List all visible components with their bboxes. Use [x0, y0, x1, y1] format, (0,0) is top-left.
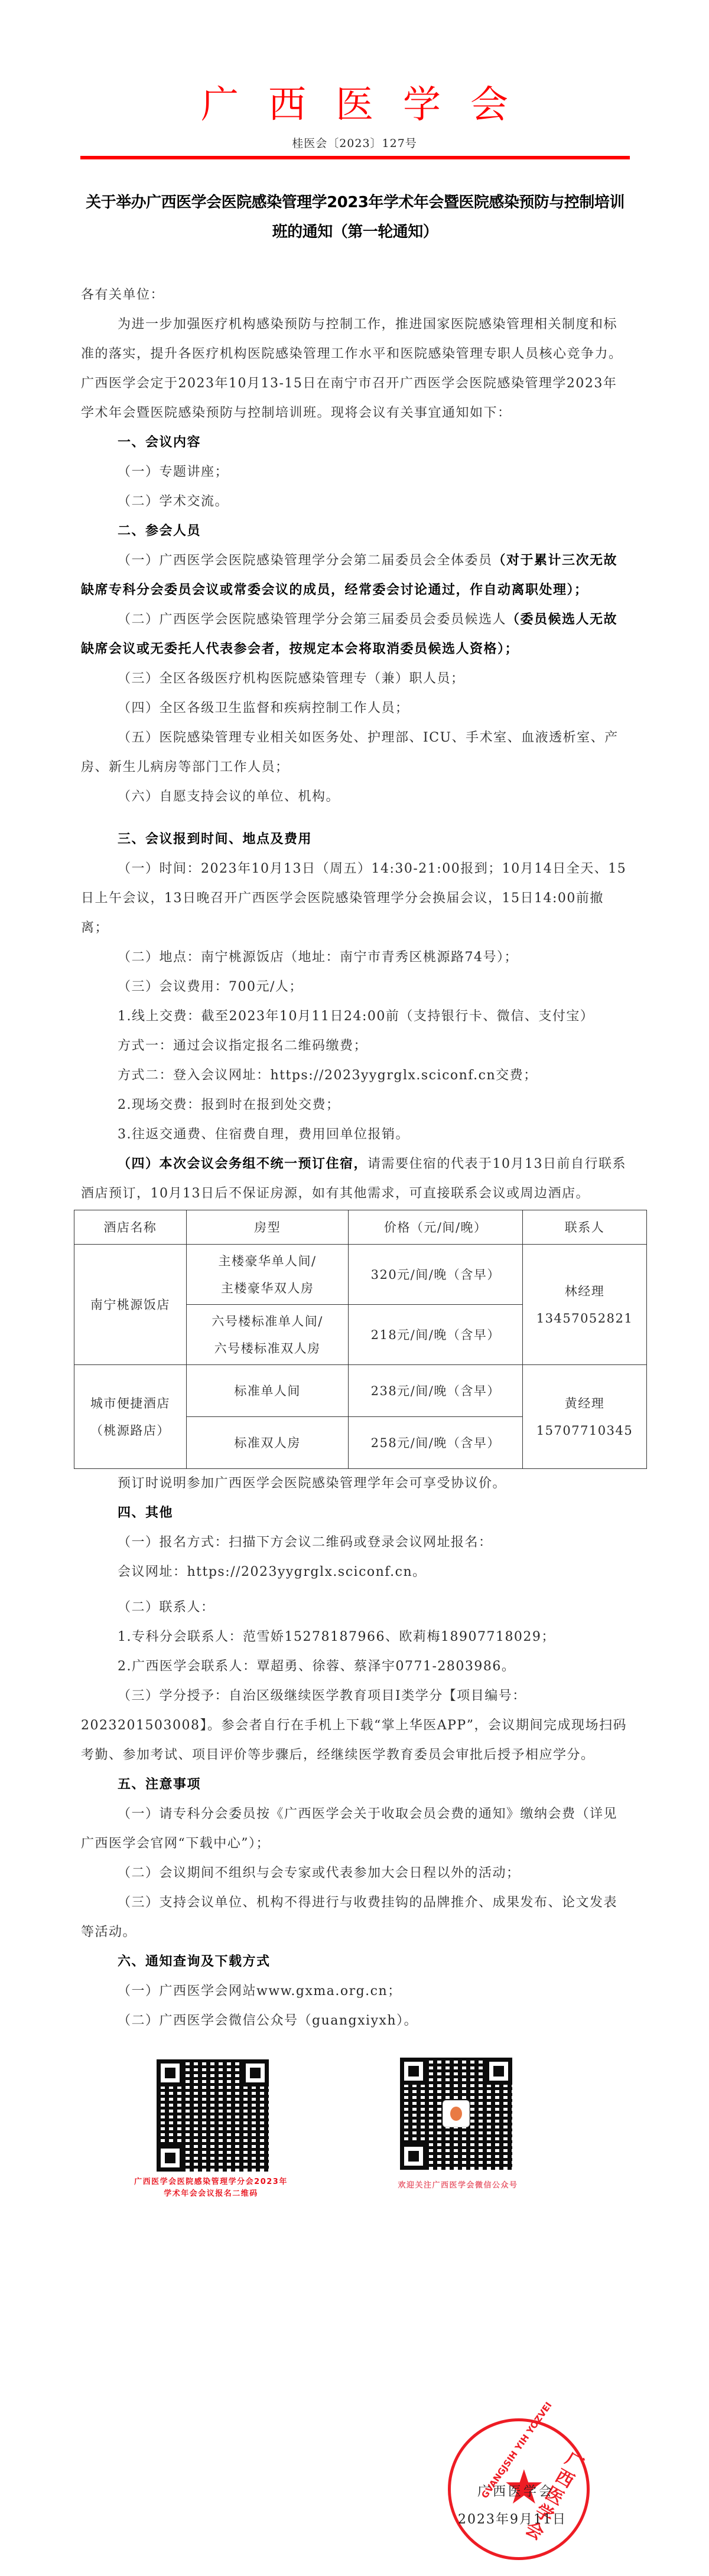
registration-qr-code[interactable] [157, 2059, 269, 2172]
th-hotel: 酒店名称 [74, 1210, 187, 1245]
s2-item-3: （三）全区各级医疗机构医院感染管理专（兼）职人员； [81, 664, 630, 694]
s3-time: （一）时间：2023年10月13日（周五）14:30-21:00报到；10月14… [81, 854, 630, 943]
s4-contacts-head: （二）联系人： [81, 1593, 630, 1622]
intro-paragraph: 为进一步加强医疗机构感染预防与控制工作，推进国家医院感染管理相关制度和标准的落实… [81, 310, 630, 428]
hotel-name-line: （桃源路店） [78, 1417, 183, 1444]
s2-item-6: （六）自愿支持会议的单位、机构。 [81, 782, 630, 812]
s4-contact-1: 1.专科分会联系人：范雪娇15278187966、欧莉梅18907718029； [81, 1622, 630, 1652]
s3-pay-way-1: 方式一：通过会议指定报名二维码缴费； [81, 1031, 630, 1061]
contact-phone: 15707710345 [526, 1417, 643, 1444]
salutation: 各有关单位： [81, 280, 630, 310]
s4-register-url[interactable]: 会议网址：https://2023yygrglx.sciconf.cn。 [81, 1558, 630, 1587]
s4-contact-2: 2.广西医学会联系人：覃超勇、徐蓉、蔡泽宇0771-2803986。 [81, 1652, 630, 1682]
spacer [81, 812, 630, 825]
s6-website[interactable]: （一）广西医学会网站www.gxma.org.cn； [81, 1977, 630, 2006]
th-room: 房型 [186, 1210, 349, 1245]
s3-place: （二）地点：南宁桃源饭店（地址：南宁市青秀区桃源路74号）； [81, 943, 630, 972]
qr-code-area: 广西医学会医院感染管理学分会2023年 学术年会会议报名二维码 欢迎关注广西医学… [81, 2059, 630, 2207]
document-title: 关于举办广西医学会医院感染管理学2023年学术年会暨医院感染预防与控制培训班的通… [80, 188, 630, 247]
s5-item-1: （一）请专科分会委员按《广西医学会关于收取会员会费的通知》缴纳会费（详见广西医学… [81, 1800, 630, 1859]
org-name-header: 广西医学会 [0, 81, 709, 129]
qr-finder-icon [400, 2143, 427, 2170]
s3-pay-travel: 3.往返交通费、住宿费自理，费用回单位报销。 [81, 1120, 630, 1150]
price-cell: 258元/间/晚（含早） [349, 1417, 523, 1469]
room-type-line: 主楼豪华单人间/ [190, 1248, 345, 1275]
s2-item-4: （四）全区各级卫生监督和疾病控制工作人员； [81, 694, 630, 723]
hotel-name-cell: 南宁桃源饭店 [74, 1245, 187, 1365]
s3-pay-online: 1.线上交费：截至2023年10月11日24:00前（支持银行卡、微信、支付宝） [81, 1002, 630, 1031]
s5-item-3: （三）支持会议单位、机构不得进行与收费挂钩的品牌推介、成果发布、论文发表等活动。 [81, 1888, 630, 1947]
s5-item-2: （二）会议期间不组织与会专家或代表参加大会日程以外的活动； [81, 1859, 630, 1888]
contact-phone: 13457052821 [526, 1305, 643, 1332]
s2-item-1: （一）广西医学会医院感染管理学分会第二届委员会全体委员（对于累计三次无故缺席专科… [81, 546, 630, 605]
hotel-name-cell: 城市便捷酒店 （桃源路店） [74, 1365, 187, 1469]
qr-finder-icon [157, 2144, 184, 2172]
registration-qr-caption: 广西医学会医院感染管理学分会2023年 学术年会会议报名二维码 [134, 2176, 288, 2200]
s2-item-2: （二）广西医学会医院感染管理学分会第三届委员会委员候选人（委员候选人无故缺席会议… [81, 605, 630, 664]
s3-pay-way-2: 方式二：登入会议网址：https://2023yygrglx.sciconf.c… [81, 1061, 630, 1091]
s2-item-5: （五）医院感染管理专业相关如医务处、护理部、ICU、手术室、血液透析室、产房、新… [81, 723, 630, 782]
document-number: 桂医会〔2023〕127号 [0, 135, 709, 151]
wechat-qr-code[interactable] [400, 2058, 512, 2170]
org-logo-icon [443, 2100, 470, 2127]
room-type-line: 主楼豪华双人房 [190, 1275, 345, 1302]
th-contact: 联系人 [523, 1210, 647, 1245]
s4-register: （一）报名方式：扫描下方会议二维码或登录会议网址报名： [81, 1528, 630, 1558]
s1-item-2: （二）学术交流。 [81, 487, 630, 517]
room-type-line: 六号楼标准单人间/ [190, 1308, 345, 1335]
section-heading-6: 六、通知查询及下载方式 [81, 1947, 630, 1977]
contact-cell: 黄经理 15707710345 [523, 1365, 647, 1469]
s3-pay-onsite: 2.现场交费：报到时在报到处交费； [81, 1091, 630, 1120]
s6-wechat: （二）广西医学会微信公众号（guangxiyxh）。 [81, 2006, 630, 2036]
table-note: 预订时说明参加广西医学会医院感染管理学年会可享受协议价。 [81, 1469, 630, 1498]
room-type-cell: 标准双人房 [186, 1417, 349, 1469]
wechat-qr-caption: 欢迎关注广西医学会微信公众号 [375, 2180, 541, 2192]
th-price: 价格（元/间/晚） [349, 1210, 523, 1245]
s2-item-2-text: （二）广西医学会医院感染管理学分会第三届委员会委员候选人 [118, 612, 506, 627]
spacer [81, 1587, 630, 1593]
s4-credit: （三）学分授予：自治区级继续医学教育项目Ⅰ类学分【项目编号：2023201503… [81, 1682, 630, 1770]
qr-finder-icon [242, 2059, 269, 2087]
section-heading-1: 一、会议内容 [81, 428, 630, 458]
qr-finder-icon [157, 2059, 184, 2087]
document-body: 各有关单位： 为进一步加强医疗机构感染预防与控制工作，推进国家医院感染管理相关制… [81, 280, 630, 2207]
hotel-name-line: 城市便捷酒店 [78, 1390, 183, 1417]
room-type-line: 六号楼标准双人房 [190, 1335, 345, 1362]
room-type-cell: 标准单人间 [186, 1365, 349, 1417]
price-cell: 218元/间/晚（含早） [349, 1305, 523, 1365]
contact-name: 林经理 [526, 1278, 643, 1305]
section-heading-2: 二、参会人员 [81, 517, 630, 546]
s3-lodging: （四）本次会议会务组不统一预订住宿，请需要住宿的代表于10月13日前自行联系酒店… [81, 1150, 630, 1209]
signature-date: 2023年9月11日 [458, 2509, 567, 2528]
price-cell: 238元/间/晚（含早） [349, 1365, 523, 1417]
price-cell: 320元/间/晚（含早） [349, 1245, 523, 1305]
qr-caption-line: 广西医学会医院感染管理学分会2023年 [134, 2176, 288, 2188]
red-divider [80, 156, 630, 159]
section-heading-4: 四、其他 [81, 1498, 630, 1528]
table-row: 南宁桃源饭店 主楼豪华单人间/ 主楼豪华双人房 320元/间/晚（含早） 林经理… [74, 1245, 647, 1305]
qr-finder-icon [485, 2058, 512, 2085]
contact-cell: 林经理 13457052821 [523, 1245, 647, 1365]
section-heading-3: 三、会议报到时间、地点及费用 [81, 825, 630, 854]
qr-finder-icon [400, 2058, 427, 2085]
room-type-cell: 六号楼标准单人间/ 六号楼标准双人房 [186, 1305, 349, 1365]
s3-fee: （三）会议费用：700元/人； [81, 972, 630, 1002]
table-row: 城市便捷酒店 （桃源路店） 标准单人间 238元/间/晚（含早） 黄经理 157… [74, 1365, 647, 1417]
s1-item-1: （一）专题讲座； [81, 458, 630, 487]
room-type-cell: 主楼豪华单人间/ 主楼豪华双人房 [186, 1245, 349, 1305]
contact-name: 黄经理 [526, 1390, 643, 1417]
hotel-table: 酒店名称 房型 价格（元/间/晚） 联系人 南宁桃源饭店 主楼豪华单人间/ 主楼… [74, 1210, 647, 1469]
s3-lodging-bold: （四）本次会议会务组不统一预订住宿， [118, 1157, 367, 1171]
qr-caption-line: 学术年会会议报名二维码 [134, 2188, 288, 2200]
section-heading-5: 五、注意事项 [81, 1770, 630, 1800]
s2-item-1-text: （一）广西医学会医院感染管理学分会第二届委员会全体委员 [118, 553, 493, 568]
table-header-row: 酒店名称 房型 价格（元/间/晚） 联系人 [74, 1210, 647, 1245]
signature-org: 广西医学会 [477, 2482, 554, 2500]
